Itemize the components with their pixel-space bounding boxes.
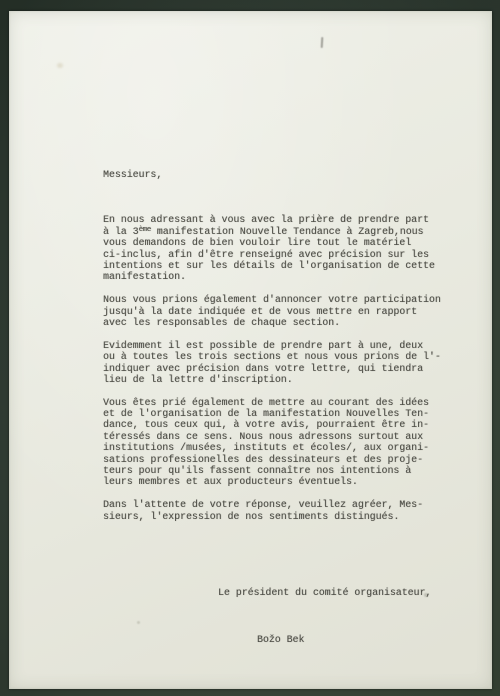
letter-line: vous demandons de bien vouloir lire tout… — [103, 237, 455, 248]
letter-line: et de l'organisation de la manifestation… — [103, 408, 455, 419]
letter-line: En nous adressant à vous avec la prière … — [103, 214, 455, 225]
letter-line: intentions et sur les détails de l'organ… — [103, 260, 455, 271]
letter-line: indiquer avec précision dans votre lettr… — [103, 363, 455, 374]
paper-speck — [137, 621, 140, 624]
letter-line: ou à toutes les trois sections et nous v… — [103, 351, 455, 362]
paragraph: Vous êtes prié également de mettre au co… — [103, 397, 455, 488]
paper-stain — [57, 63, 63, 68]
letter-line: leurs membres et aux producteurs éventue… — [103, 476, 455, 487]
letter-paragraphs: En nous adressant à vous avec la prière … — [103, 214, 455, 522]
paragraph: Nous vous prions également d'annoncer vo… — [103, 294, 455, 328]
paper-speck — [424, 593, 428, 597]
letter-line: dance, tous ceux qui, à votre avis, pour… — [103, 419, 455, 430]
closing-line: Le président du comité organisateur, — [103, 587, 455, 598]
letter-line: ci-inclus, afin d'être renseigné avec pr… — [103, 249, 455, 260]
letter-line: institutions /musées, instituts et école… — [103, 442, 455, 453]
letter-line: sieurs, l'expression de nos sentiments d… — [103, 511, 455, 522]
signature-name: Božo Bek — [103, 634, 455, 645]
ink-smudge — [321, 37, 324, 48]
letter-line: lieu de la lettre d'inscription. — [103, 374, 455, 385]
paragraph: Dans l'attente de votre réponse, veuille… — [103, 499, 455, 522]
letter-paper: Messieurs, En nous adressant à vous avec… — [9, 11, 492, 689]
scan-background: Messieurs, En nous adressant à vous avec… — [0, 0, 500, 696]
letter-line: Nous vous prions également d'annoncer vo… — [103, 294, 455, 305]
salutation: Messieurs, — [103, 169, 455, 180]
paragraph: En nous adressant à vous avec la prière … — [103, 214, 455, 282]
letter-line: Evidemment il est possible de prendre pa… — [103, 340, 455, 351]
letter-line: à la 3ème manifestation Nouvelle Tendanc… — [103, 226, 455, 237]
letter-line: Vous êtes prié également de mettre au co… — [103, 397, 455, 408]
letter-line: jusqu'à la date indiquée et de vous mett… — [103, 306, 455, 317]
letter-line: Dans l'attente de votre réponse, veuille… — [103, 499, 455, 510]
letter-line: teurs pour qu'ils fassent connaître nos … — [103, 465, 455, 476]
letter-line: sations professionelles des dessinateurs… — [103, 454, 455, 465]
letter-line: téressés dans ce sens. Nous nous adresso… — [103, 431, 455, 442]
letter-line: manifestation. — [103, 271, 455, 282]
letter-line: avec les responsables de chaque section. — [103, 317, 455, 328]
letter-body: Messieurs, En nous adressant à vous avec… — [103, 146, 455, 668]
paragraph: Evidemment il est possible de prendre pa… — [103, 340, 455, 386]
